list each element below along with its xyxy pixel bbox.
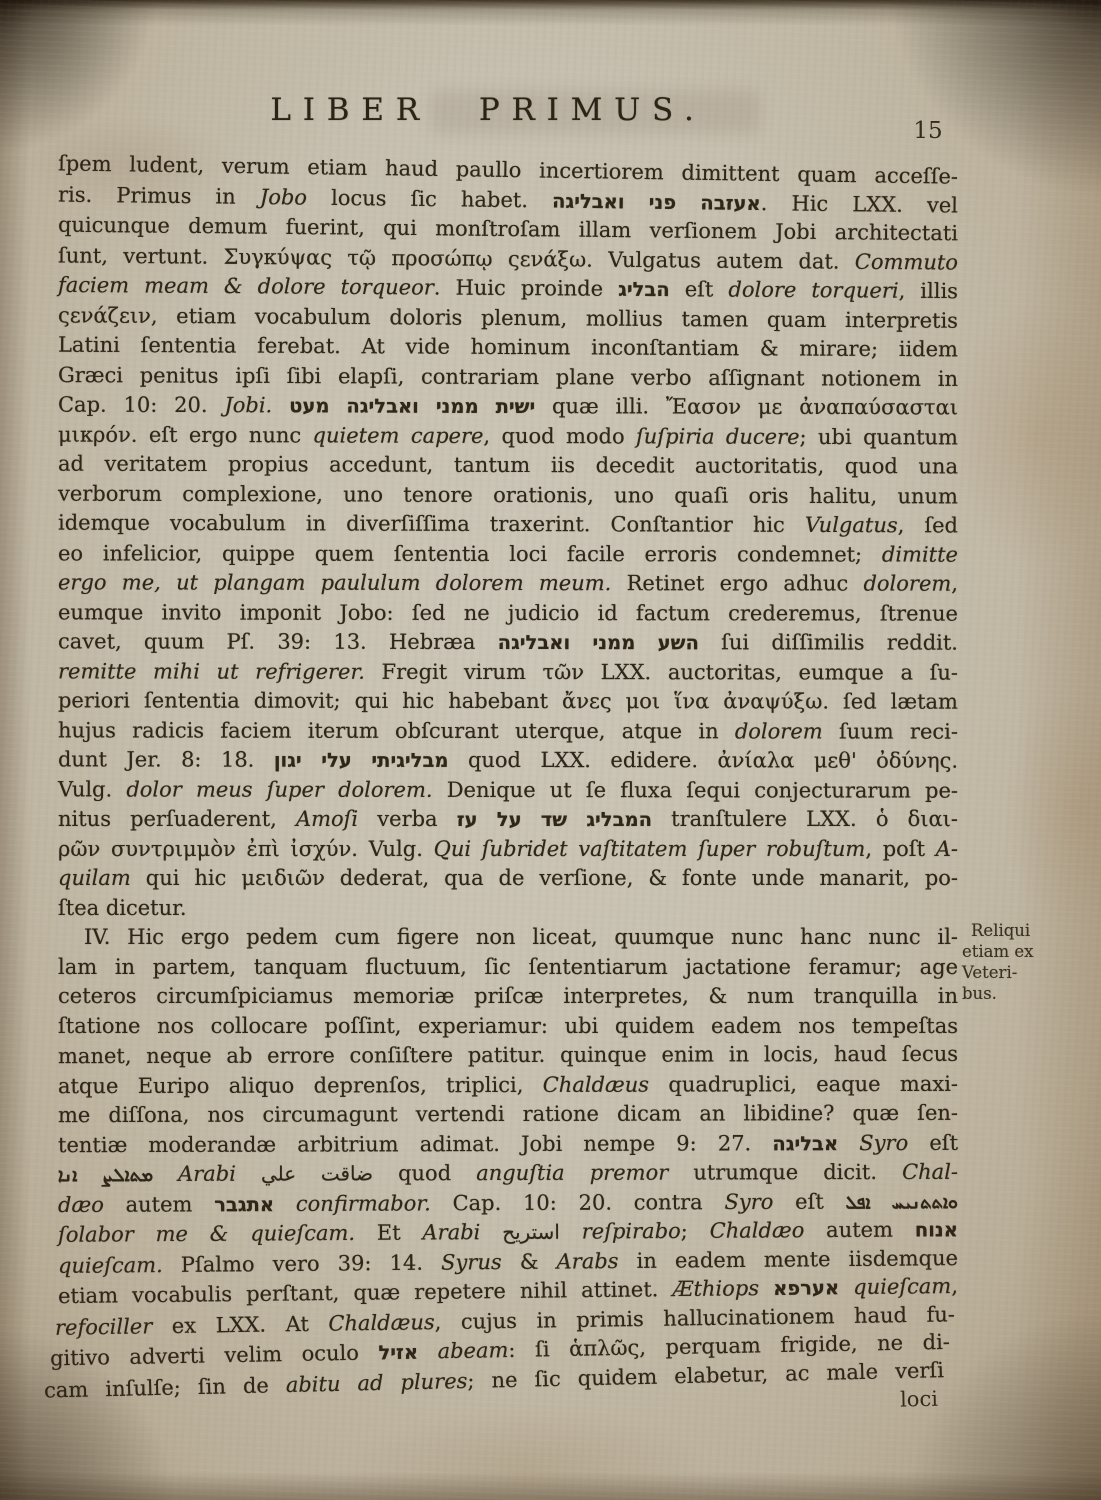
latin-text (839, 1275, 853, 1299)
italic-latin-text: quietem capere (313, 423, 484, 448)
greek-text: ἁπλῶς (569, 1336, 640, 1361)
italic-latin-text: Commuto (855, 249, 958, 274)
latin-text: me diſſona, nos circumagunt vertendi rat… (58, 1101, 958, 1127)
italic-latin-text: Chal- (902, 1160, 958, 1184)
arabic-text: ضاقت علي (261, 1161, 373, 1185)
italic-latin-text: ſuſpiria ducere (636, 424, 800, 449)
italic-latin-text: dæo (58, 1192, 104, 1216)
italic-latin-text: dolore torqueri (728, 278, 898, 303)
latin-text: nitus perſuaderent, (58, 807, 296, 831)
text-line: Latini ſententia ferebat. At vide hominu… (58, 331, 958, 365)
latin-text: Vulgatus autem dat. (593, 247, 855, 273)
latin-text (759, 1276, 773, 1300)
italic-latin-text: Syrus (441, 1250, 502, 1275)
latin-text: ſunt, vertunt. (58, 243, 224, 268)
latin-text: Denique ut ſe fluxa ſequi conjecturarum … (433, 777, 958, 802)
text-line: periori ſententia dimovit; qui hic habeb… (58, 686, 958, 717)
hebrew-text: אתגבר (214, 1193, 274, 1216)
latin-text: locus ſic habet. (307, 185, 552, 212)
latin-text: ex LXX. At (152, 1311, 328, 1338)
text-line: ſtatione nos collocare poſſint, experiam… (58, 1012, 958, 1042)
greek-text: μικρόν. (58, 422, 138, 446)
book-page: LIBER PRIMUS. 15 ſpem ludent, verum etia… (0, 0, 1101, 1500)
body-text: ſpem ludent, verum etiam haud paullo inc… (58, 156, 958, 1395)
latin-text: IV. Hic ergo pedem cum figere non liceat… (84, 925, 958, 949)
text-line: tentiæ moderandæ arbitrium adimat. Jobi … (58, 1128, 958, 1160)
text-line: eumque invito imponit Jobo: ſed ne judic… (58, 598, 958, 629)
italic-latin-text: Arabs (556, 1249, 618, 1274)
latin-text: , illis (899, 279, 959, 303)
latin-text: atque Euripo aliquo deprenſos, triplici, (58, 1072, 543, 1097)
italic-latin-text: remitte mihi ut refrigerer. (58, 659, 365, 683)
italic-latin-text: ergo me, ut plangam paululum dolorem meu… (58, 570, 611, 595)
latin-text: tentiæ moderandæ arbitrium adimat. Jobi … (58, 1131, 772, 1157)
latin-text (153, 1162, 178, 1186)
italic-latin-text: Syro (859, 1130, 908, 1154)
text-line: idemque vocabulum in diverſiſſima traxer… (58, 509, 958, 541)
italic-latin-text: faciem meam & dolore torqueor (58, 273, 434, 300)
latin-text: eo infelicior, quippe quem ſententia loc… (58, 541, 882, 566)
latin-text: Græci penitus ipſi ſibi elapſi, contrari… (58, 363, 958, 391)
latin-text: ſtatione nos collocare poſſint, experiam… (58, 1014, 958, 1038)
latin-text: Et (355, 1221, 423, 1245)
hebrew-text: אעזבה פני ואבליגה (552, 189, 761, 215)
hebrew-text: אזיל (378, 1341, 418, 1365)
italic-latin-text: Qui ſubridet vaſtitatem ſuper robuſtum (434, 837, 866, 861)
text-line: atque Euripo aliquo deprenſos, triplici,… (58, 1069, 958, 1101)
italic-latin-text: anguſtia premor (476, 1161, 668, 1186)
italic-latin-text: Æthiops (672, 1276, 759, 1301)
latin-text: , etiam vocabulum doloris plenum, molliu… (151, 303, 958, 332)
hebrew-text: אערפא (773, 1276, 839, 1300)
latin-text: , (951, 1274, 958, 1298)
latin-text: periori ſententia dimovit; qui hic habeb… (58, 688, 562, 713)
italic-latin-text: dolor meus ſuper dolorem. (126, 777, 432, 801)
latin-text (560, 1220, 582, 1244)
latin-text: gitivo adverti velim oculo (50, 1340, 379, 1370)
latin-text: . Huic proinde (434, 275, 618, 300)
latin-text: autem (804, 1218, 915, 1243)
hebrew-text: השע ממני ואבליגה (498, 631, 699, 654)
greek-text: ἄνες μοι ἵνα ἀναψύξω. (562, 689, 829, 713)
greek-text: Ἔασον με ἀναπαύσασται (666, 394, 958, 419)
latin-text: lam in partem, tanquam fluctuum, ſic ſen… (58, 955, 958, 979)
text-line: quilam qui hic μειδιῶν dederat, qua de v… (58, 864, 958, 894)
latin-text: , ſed (898, 513, 958, 537)
latin-text: : ſi (508, 1337, 569, 1362)
latin-text: Pſalmo vero 39: 14. (163, 1250, 442, 1276)
italic-latin-text: Syro (724, 1189, 773, 1213)
latin-text: idemque vocabulum in diverſiſſima traxer… (58, 511, 805, 537)
text-line: me diſſona, nos circumagunt vertendi rat… (58, 1099, 958, 1131)
text-line: ſtea dicetur. (58, 894, 958, 924)
latin-text: eſt ergo nunc (137, 422, 312, 447)
latin-text: quicunque demum fuerint, qui monſtroſam … (58, 213, 958, 246)
hebrew-text: ישית ממני ואבליגה מעט (289, 394, 535, 418)
latin-text: eſt (670, 277, 729, 301)
latin-text: dunt Jer. 8: 18. (58, 747, 274, 771)
text-line: lam in partem, tanquam fluctuum, ſic ſen… (58, 953, 958, 983)
latin-text: verba (358, 807, 457, 831)
syriac-text: ܘܐܬܬܢܝܚ ܐܦܠ (846, 1192, 959, 1213)
latin-text: LXX. auctoritas, eumque a ſu- (584, 660, 958, 685)
latin-text: ; (681, 1219, 710, 1243)
latin-text: cavet, quum Pſ. 39: 13. Hebræa (58, 629, 498, 654)
italic-latin-text: confirmabor. (296, 1191, 431, 1216)
italic-latin-text: Amoſi (296, 807, 358, 831)
hebrew-text: אבליגה (772, 1132, 838, 1155)
text-line: IV. Hic ergo pedem cum figere non liceat… (58, 923, 958, 953)
italic-latin-text: A- (936, 837, 958, 861)
margin-note-line: etiam ex (962, 941, 1072, 962)
margin-note-line: bus. (962, 983, 1072, 1004)
latin-text: ſuum reci- (823, 719, 958, 743)
italic-latin-text: Jobi. (224, 393, 272, 417)
latin-text: autem (104, 1192, 214, 1216)
margin-note-line: Reliqui (962, 920, 1072, 941)
latin-text: etiam vocabulis perſtant, quæ repetere n… (58, 1277, 673, 1308)
latin-text: , poſt (865, 837, 935, 861)
hebrew-text: מבליגיתי עלי יגון (274, 749, 449, 772)
text-line: nitus perſuaderent, Amoſi verba המבליג ש… (58, 805, 958, 835)
italic-latin-text: Vulgatus (805, 513, 898, 537)
text-line: Græci penitus ipſi ſibi elapſi, contrari… (58, 361, 958, 394)
latin-text: ſtea dicetur. (58, 896, 187, 920)
text-line: ergo me, ut plangam paululum dolorem meu… (58, 568, 958, 599)
latin-text (418, 1339, 438, 1363)
text-line: hujus radicis faciem iterum obſcurant ut… (58, 716, 958, 747)
text-line: ρῶν συντριμμὸν ἐπὶ ἰσχύν. Vulg. Qui ſubr… (58, 835, 958, 865)
text-line: Vulg. dolor meus ſuper dolorem. Denique … (58, 775, 958, 806)
latin-text: hujus radicis faciem iterum obſcurant ut… (58, 718, 735, 743)
latin-text (480, 1220, 502, 1244)
latin-text: Fregit virum (365, 659, 543, 683)
text-line: remitte mihi ut refrigerer. Fregit virum… (58, 657, 958, 688)
latin-text: , quod modo (483, 423, 636, 447)
latin-text: cam inſulſe; ſin de (44, 1373, 286, 1402)
text-line: ad veritatem propius accedunt, tantum ii… (58, 450, 958, 482)
greek-text: Συγκύψας τῷ προσώπῳ ςενάξω. (223, 244, 593, 271)
greek-text: τῶν (543, 660, 585, 684)
italic-latin-text: dolorem (735, 719, 823, 743)
text-line: μικρόν. eſt ergo nunc quietem capere, qu… (58, 420, 958, 452)
latin-text: manet, neque ab errore conſiſtere patitu… (58, 1042, 958, 1068)
greek-text: μειδιῶν (241, 866, 325, 890)
latin-text: , perquam frigide, ne di- (639, 1330, 950, 1360)
italic-latin-text: refociller (55, 1314, 153, 1339)
latin-text: Cap. 10: 20. contra (431, 1190, 725, 1215)
italic-latin-text: Chaldæus (328, 1310, 435, 1336)
syriac-text: ܡܬܐܠܨ ܐܢܐ (58, 1165, 153, 1186)
latin-text (274, 1191, 296, 1215)
latin-text: dederat, qua de verſione, & fonte unde m… (325, 866, 958, 890)
page-title: LIBER PRIMUS. (58, 92, 918, 128)
latin-text: eſt (908, 1130, 958, 1154)
latin-text: Vulg. (58, 777, 126, 801)
italic-latin-text: abitu ad plures (286, 1368, 468, 1396)
italic-latin-text: Jobo (260, 184, 307, 209)
latin-text: ris. Primus in (58, 182, 260, 208)
italic-latin-text: Arabi (422, 1220, 480, 1244)
latin-text: in eadem mente iisdemque (618, 1246, 958, 1273)
italic-latin-text: abeam (437, 1338, 508, 1363)
page-number: 15 (898, 118, 958, 144)
margin-note-line: Veteri- (962, 962, 1072, 983)
latin-text: quod (373, 1161, 476, 1185)
text-line: manet, neque ab errore conſiſtere patitu… (58, 1040, 958, 1072)
italic-latin-text: quieſcam (853, 1274, 951, 1299)
greek-text: ἀνίαλα μεθ' ὀδύνης. (717, 748, 958, 772)
italic-latin-text: Arabi (178, 1162, 236, 1186)
latin-text: tranſtulere LXX. (652, 807, 876, 831)
greek-text: ρῶν συντριμμὸν ἐπὶ ἰσχύν. (58, 837, 358, 861)
italic-latin-text: quilam (58, 866, 131, 890)
italic-latin-text: quieſcam. (58, 1253, 163, 1278)
hebrew-text: אנוח (915, 1218, 958, 1241)
italic-latin-text: Chaldæo (710, 1218, 805, 1243)
italic-latin-text: Chaldæus (543, 1072, 649, 1096)
latin-text: ; ubi quantum (800, 424, 959, 448)
latin-text: utrumque dicit. (668, 1160, 902, 1185)
arabic-text: استريح (502, 1220, 560, 1244)
greek-text: ςενάζειν (58, 303, 151, 328)
latin-text (236, 1162, 261, 1186)
text-line: dunt Jer. 8: 18. מבליגיתי עלי יגון quod … (58, 745, 958, 776)
text-line: ceteros circumſpiciamus memoriæ priſcæ i… (58, 982, 958, 1012)
latin-text: eſt (773, 1189, 845, 1213)
text-line: verborum complexione, uno tenore oration… (58, 479, 958, 511)
latin-text: ad veritatem propius accedunt, tantum ii… (58, 452, 958, 479)
latin-text: ceteros circumſpiciamus memoriæ priſcæ i… (58, 984, 958, 1008)
latin-text: quadruplici, eaque maxi- (649, 1071, 958, 1096)
text-line: cavet, quum Pſ. 39: 13. Hebræa השע ממני … (58, 627, 958, 658)
text-line: ܡܬܐܠܨ ܐܢܐ Arabi ضاقت علي quod anguſtia p… (58, 1158, 958, 1190)
latin-text (838, 1131, 859, 1155)
italic-latin-text: dolorem (863, 571, 951, 595)
latin-text: quod LXX. edidere. (448, 748, 717, 772)
latin-text: verborum complexione, uno tenore oration… (58, 481, 958, 508)
italic-latin-text: ſolabor me & quieſcam. (58, 1221, 355, 1247)
latin-text: ſed lætam (829, 689, 958, 713)
margin-note: Reliquietiam exVeteri-bus. (962, 920, 1072, 1004)
hebrew-text: המבליג שד על עז (457, 808, 652, 831)
latin-text: . Hic LXX. vel (761, 191, 959, 217)
latin-text: eumque invito imponit Jobo: ſed ne judic… (58, 600, 958, 625)
latin-text: , (951, 572, 958, 596)
latin-text: Cap. 10: 20. (58, 393, 224, 418)
latin-text: Latini ſententia ferebat. At vide hominu… (58, 333, 958, 362)
italic-latin-text: dimitte (882, 542, 958, 566)
greek-text: ὁ διαι- (876, 807, 958, 831)
latin-text (272, 393, 289, 417)
text-line: dæo autem אתגבר confirmabor. Cap. 10: 20… (58, 1187, 958, 1220)
hebrew-text: הבליג (618, 278, 670, 301)
latin-text: Retinet ergo adhuc (611, 571, 863, 595)
text-line: eo infelicior, quippe quem ſententia loc… (58, 539, 958, 570)
italic-latin-text: reſpirabo (582, 1219, 681, 1244)
text-line: Cap. 10: 20. Jobi. ישית ממני ואבליגה מעט… (58, 391, 958, 423)
latin-text: quæ illi. (535, 394, 666, 418)
latin-text: ſui diſſimilis reddit. (699, 630, 958, 654)
latin-text: qui hic (131, 866, 241, 890)
latin-text: Vulg. (358, 837, 434, 861)
latin-text: & (502, 1249, 557, 1273)
